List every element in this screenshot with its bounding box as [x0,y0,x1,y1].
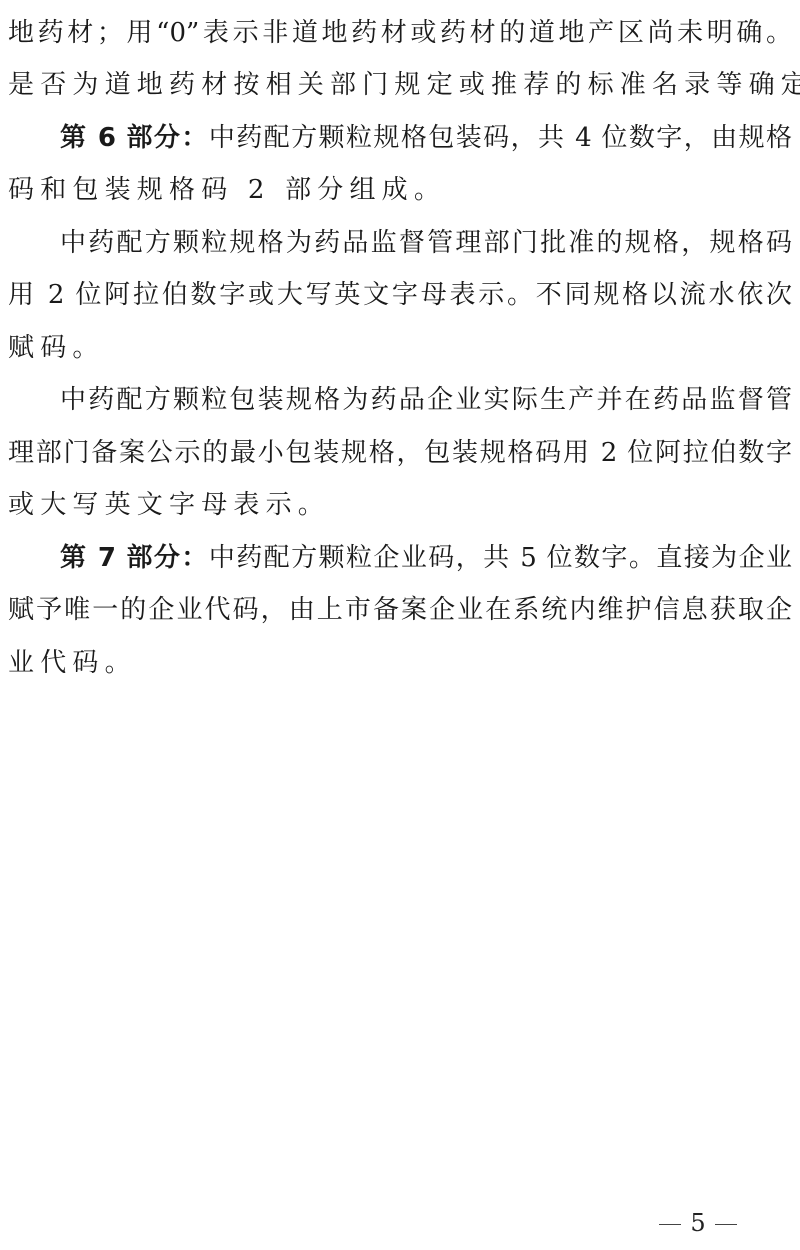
page-number: 5 [648,1208,748,1238]
text-line: 业代码。 [8,643,792,683]
text-line: 用 2 位阿拉伯数字或大写英文字母表示。不同规格以流水依次 [8,275,792,315]
part-7-first-line: 第 7 部分：中药配方颗粒企业码，共 5 位数字。直接为企业 [60,538,792,578]
text-line: 中药配方颗粒规格为药品监督管理部门批准的规格，规格码 [60,223,792,263]
text-line: 是否为道地药材按相关部门规定或推荐的标准名录等确定。 [8,65,792,105]
text-line: 地药材；用“0”表示非道地药材或药材的道地产区尚未明确。 [8,13,792,53]
text-line: 赋予唯一的企业代码，由上市备案企业在系统内维护信息获取企 [8,590,792,630]
text-run: 中药配方颗粒企业码，共 5 位数字。直接为企业 [209,543,792,573]
part-6-first-line: 第 6 部分：中药配方颗粒规格包装码，共 4 位数字，由规格 [60,118,792,158]
section-label-part-7: 第 7 部分： [60,543,209,573]
page-number-value: 5 [690,1209,705,1237]
text-run: 中药配方颗粒规格包装码，共 4 位数字，由规格 [209,123,792,153]
text-line: 赋码。 [8,328,792,368]
text-line: 码和包装规格码 2 部分组成。 [8,170,792,210]
text-line: 中药配方颗粒包装规格为药品企业实际生产并在药品监督管 [60,380,792,420]
dash-left-icon [659,1224,681,1225]
document-page: 地药材；用“0”表示非道地药材或药材的道地产区尚未明确。 是否为道地药材按相关部… [0,0,800,1250]
dash-right-icon [715,1224,737,1225]
text-line: 或大写英文字母表示。 [8,485,792,525]
section-label-part-6: 第 6 部分： [60,123,209,153]
text-line: 理部门备案公示的最小包装规格，包装规格码用 2 位阿拉伯数字 [8,433,792,473]
